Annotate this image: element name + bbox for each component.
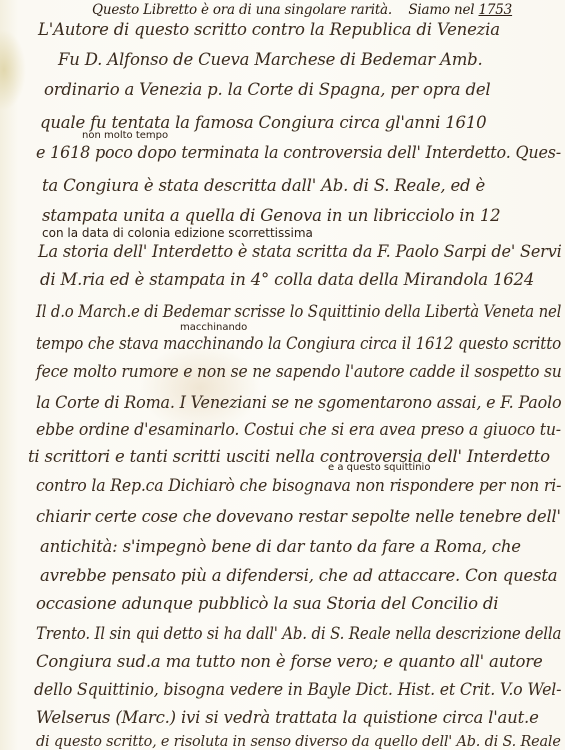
manuscript-line: ta Congiura è stata descritta dall' Ab. … (42, 176, 485, 195)
manuscript-line: di M.ria ed è stampata in 4° colla data … (40, 270, 534, 289)
interlinear-insertion: macchinando (180, 322, 247, 333)
manuscript-line: dello Squittinio, bisogna vedere in Bayl… (34, 680, 561, 699)
manuscript-line: avrebbe pensato più a difendersi, che ad… (40, 566, 557, 585)
header-text: Questo Libretto è ora di una singolare r… (92, 2, 392, 18)
manuscript-line: contro la Rep.ca Dichiarò che bisognava … (36, 476, 561, 495)
manuscript-line: Welserus (Marc.) ivi si vedrà trattata l… (36, 708, 539, 727)
manuscript-line: La storia dell' Interdetto è stata scrit… (38, 242, 562, 261)
manuscript-page: Questo Libretto è ora di una singolare r… (0, 0, 565, 750)
manuscript-line: tempo che stava macchinando la Congiura … (36, 334, 561, 353)
interlinear-insertion: non molto tempo (82, 130, 168, 141)
manuscript-line: Fu D. Alfonso de Cueva Marchese di Bedem… (58, 50, 483, 69)
manuscript-line: occasione adunque pubblicò la sua Storia… (36, 594, 498, 613)
manuscript-line: la Corte di Roma. I Veneziani se ne sgom… (36, 393, 561, 412)
manuscript-line: di questo scritto, e risoluta in senso d… (36, 732, 561, 750)
manuscript-line: ordinario a Venezia p. la Corte di Spagn… (44, 80, 491, 99)
manuscript-line: L'Autore di questo scritto contro la Rep… (38, 20, 500, 39)
manuscript-line: Il d.o March.e di Bedemar scrisse lo Squ… (36, 302, 561, 321)
header-year-prefix: Siamo nel (408, 2, 474, 18)
manuscript-line: antichità: s'impegnò bene di dar tanto d… (40, 537, 521, 556)
manuscript-line: fece molto rumore e non se ne sapendo l'… (36, 362, 562, 381)
manuscript-line: stampata unita a quella di Genova in un … (42, 206, 500, 225)
manuscript-line: chiarir certe cose che dovevano restar s… (36, 507, 561, 526)
interlinear-insertion: e a questo squittinio (328, 462, 430, 473)
header-year: 1753 (479, 2, 513, 18)
manuscript-line: Trento. Il sin qui detto si ha dall' Ab.… (36, 624, 561, 643)
manuscript-line: e 1618 poco dopo terminata la controvers… (36, 143, 561, 162)
manuscript-line: ebbe ordine d'esaminarlo. Costui che si … (36, 420, 561, 439)
header-note: Questo Libretto è ora di una singolare r… (92, 2, 512, 18)
manuscript-line: Congiura sud.a ma tutto non è forse vero… (36, 652, 543, 671)
manuscript-line: ti scrittori e tanti scritti usciti nell… (28, 447, 550, 466)
marginal-addition: con la data di colonia edizione scorrett… (42, 226, 313, 240)
